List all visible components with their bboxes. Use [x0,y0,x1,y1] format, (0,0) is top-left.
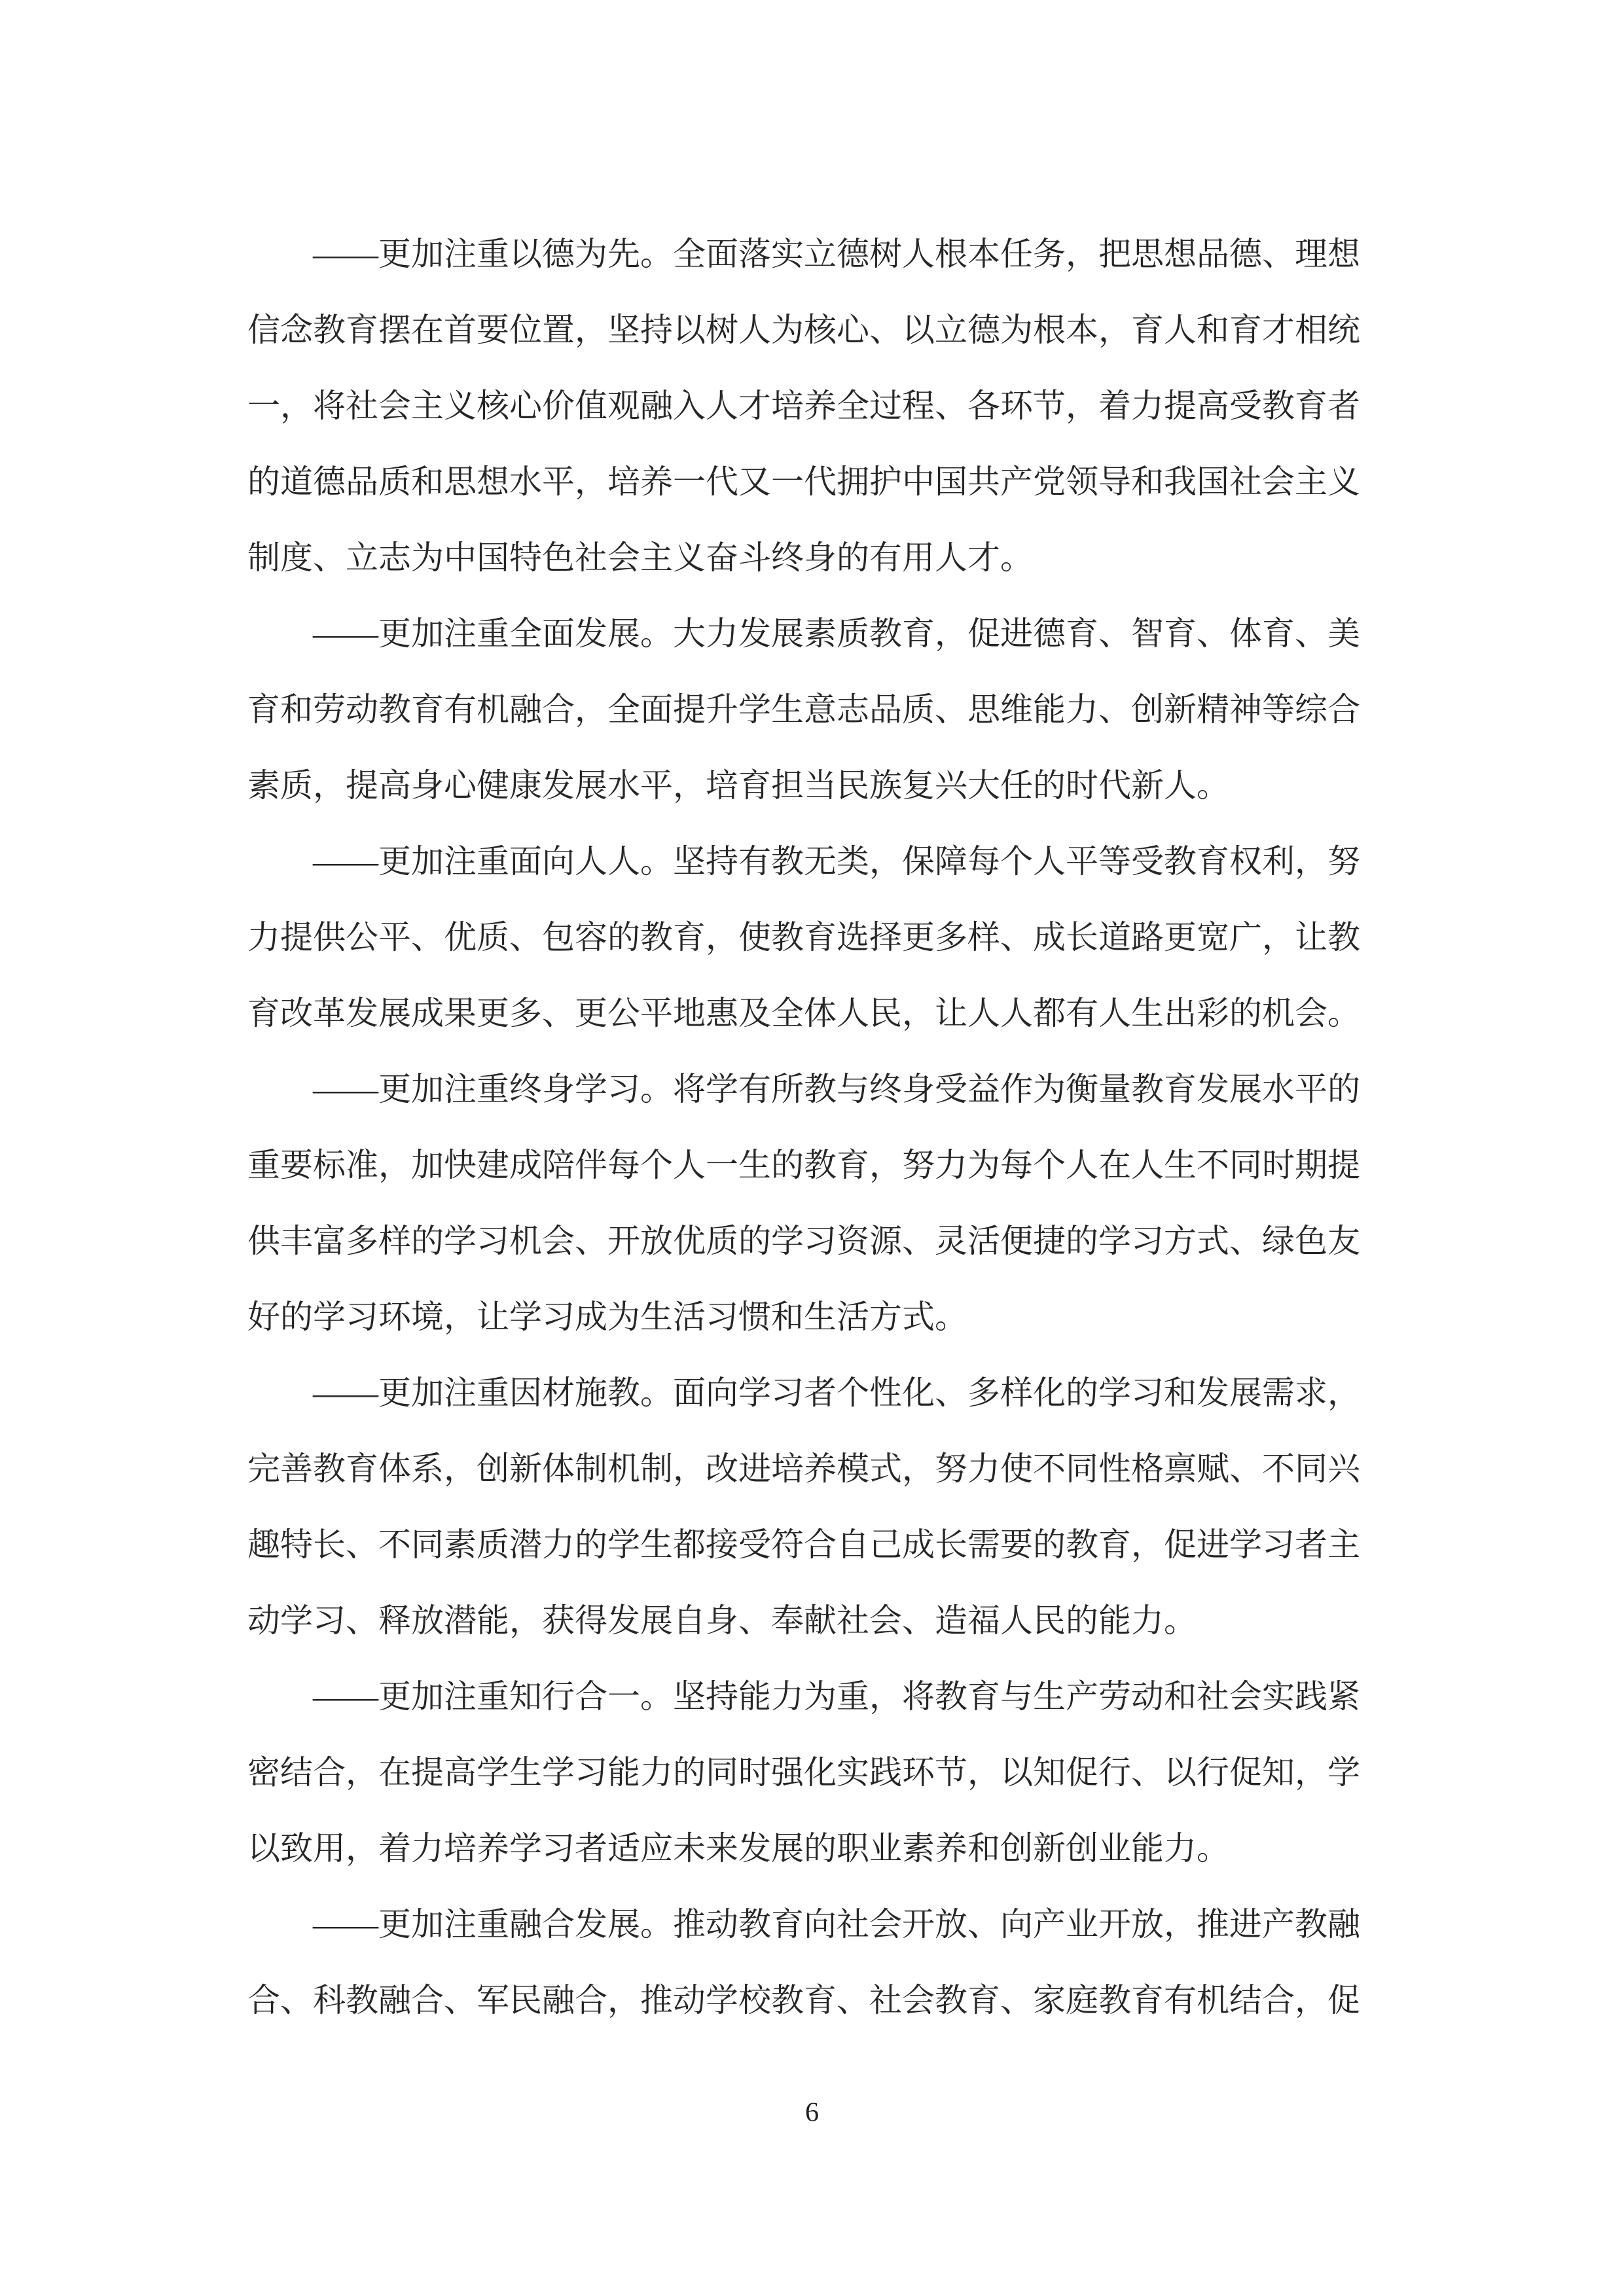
paragraph: ——更加注重因材施教。面向学习者个性化、多样化的学习和发展需求，完善教育体系，创… [247,1355,1360,1659]
paragraph: ——更加注重全面发展。大力发展素质教育，促进德育、智育、体育、美育和劳动教育有机… [247,596,1360,823]
paragraph: ——更加注重融合发展。推动教育向社会开放、向产业开放，推进产教融合、科教融合、军… [247,1886,1360,2038]
document-body: ——更加注重以德为先。全面落实立德树人根本任务，把思想品德、理想信念教育摆在首要… [247,216,1360,2038]
document-page: ——更加注重以德为先。全面落实立德树人根本任务，把思想品德、理想信念教育摆在首要… [0,0,1624,2296]
paragraph: ——更加注重知行合一。坚持能力为重，将教育与生产劳动和社会实践紧密结合，在提高学… [247,1659,1360,1886]
paragraph: ——更加注重终身学习。将学有所教与终身受益作为衡量教育发展水平的重要标准，加快建… [247,1051,1360,1355]
paragraph: ——更加注重面向人人。坚持有教无类，保障每个人平等受教育权利，努力提供公平、优质… [247,823,1360,1051]
paragraph: ——更加注重以德为先。全面落实立德树人根本任务，把思想品德、理想信念教育摆在首要… [247,216,1360,596]
page-number: 6 [0,2098,1624,2128]
